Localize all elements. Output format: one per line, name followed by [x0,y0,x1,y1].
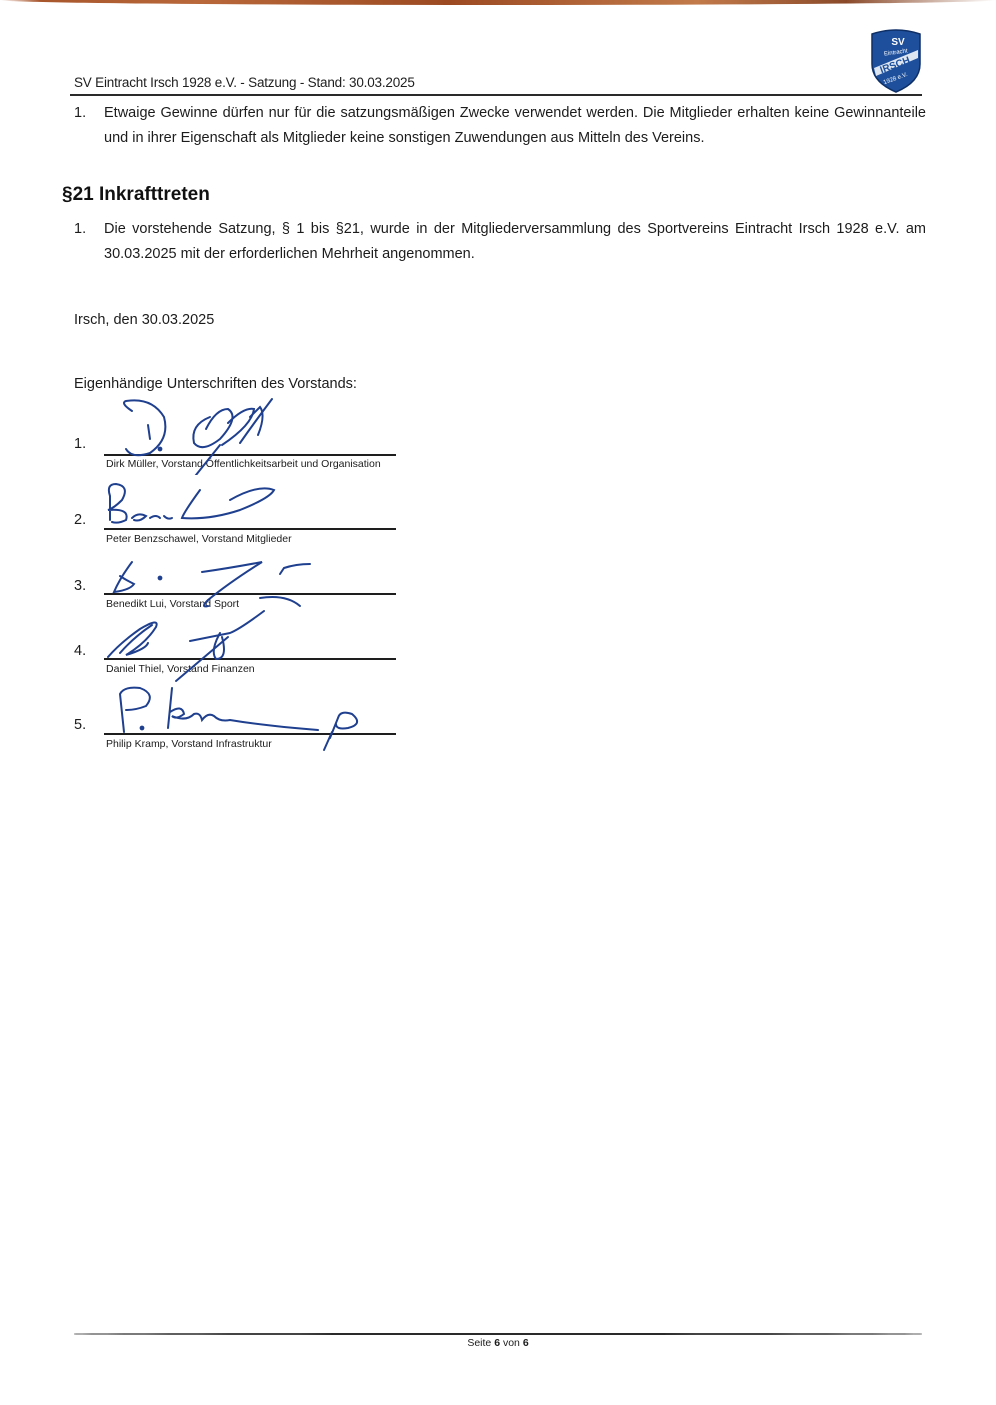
document-header-title: SV Eintracht Irsch 1928 e.V. - Satzung -… [74,75,415,90]
footer-divider [74,1333,922,1335]
list-number: 1. [74,101,86,126]
handwritten-signature-1 [90,395,390,475]
scan-top-edge [0,0,996,5]
place-date: Irsch, den 30.03.2025 [74,312,214,328]
club-crest-icon: SV Eintracht IRSCH 1928 e.V. [868,28,924,94]
handwritten-signature-4 [90,607,390,687]
page-total: 6 [523,1337,529,1349]
signature-number: 5. [74,717,86,733]
list-text: Etwaige Gewinne dürfen nur für die satzu… [104,101,926,151]
page-current: 6 [494,1337,500,1349]
svg-text:SV: SV [891,37,905,48]
signatures-intro: Eigenhändige Unterschriften des Vorstand… [74,376,357,392]
signature-number: 1. [74,436,86,452]
page-separator: von [503,1337,520,1349]
section-heading: §21 Inkrafttreten [62,184,210,206]
page-label: Seite [467,1337,491,1349]
signatory-name: Peter Benzschawel, Vorstand Mitglieder [106,533,292,545]
signature-number: 2. [74,512,86,528]
signature-number: 4. [74,643,86,659]
list-number: 1. [74,217,86,242]
header-divider [70,94,922,96]
signature-number: 3. [74,578,86,594]
handwritten-signature-5 [90,680,390,755]
handwritten-signature-2 [90,478,390,533]
list-text: Die vorstehende Satzung, § 1 bis §21, wu… [104,217,926,267]
page-number: Seite 6 von 6 [0,1337,996,1349]
